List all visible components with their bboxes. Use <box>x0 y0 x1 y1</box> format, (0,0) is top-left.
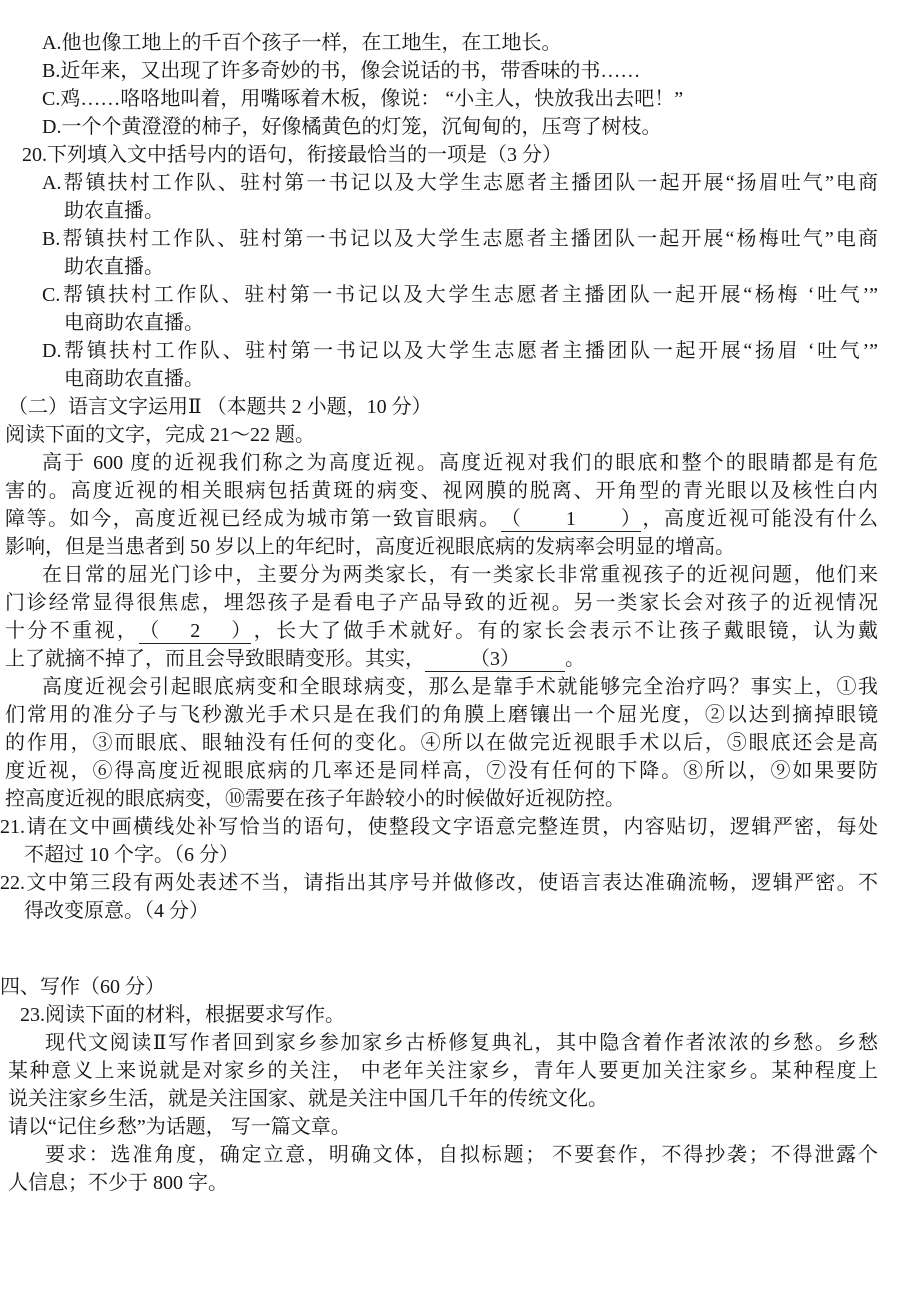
text-segment: 得改变原意。（4 分） <box>24 900 209 922</box>
text-segment: 21.请在文中画横线处补写恰当的语句，使整段文字语意完整连贯，内容贴切，逻辑严密… <box>0 816 878 838</box>
text-segment: 阅读下面的文字，完成 21～22 题。 <box>5 424 315 446</box>
option-20-a-cont: 助农直播。 <box>64 197 878 225</box>
page: { "page": { "background": "#ffffff", "te… <box>0 0 900 1298</box>
blank-gap <box>0 925 878 973</box>
text-segment: 度近视，⑥得高度近视眼底病的几率还是同样高，⑦没有任何的下降。⑧所以，⑨如果要防 <box>5 760 878 782</box>
text-segment: 高于 600 度的近视我们称之为高度近视。高度近视对我们的眼底和整个的眼睛都是有… <box>42 452 878 474</box>
option-20-c: C.帮镇扶村工作队、驻村第一书记以及大学生志愿者主播团队一起开展“杨梅 ‘吐气’… <box>42 281 878 309</box>
document-body: A.他也像工地上的千百个孩子一样，在工地生，在工地长。B.近年来，又出现了许多奇… <box>0 29 878 1197</box>
text-segment: 电商助农直播。 <box>64 312 204 334</box>
text-segment: C.帮镇扶村工作队、驻村第一书记以及大学生志愿者主播团队一起开展“杨梅 ‘吐气’… <box>42 284 878 306</box>
text-segment: 20.下列填入文中括号内的语句，衔接最恰当的一项是（3 分） <box>22 144 562 166</box>
text-segment: 不超过 10 个字。（6 分） <box>24 844 239 866</box>
option-19-c: C.鸡……咯咯地叫着，用嘴啄着木板，像说： “小主人，快放我出去吧！” <box>42 85 878 113</box>
option-19-b: B.近年来，又出现了许多奇妙的书，像会说话的书，带香味的书…… <box>42 57 878 85</box>
passage-line: 障等。如今，高度近视已经成为城市第一致盲眼病。（1），高度近视可能没有什么 <box>5 505 878 533</box>
text-segment: C.鸡……咯咯地叫着，用嘴啄着木板，像说： “小主人，快放我出去吧！” <box>42 88 683 110</box>
option-19-a: A.他也像工地上的千百个孩子一样，在工地生，在工地长。 <box>42 29 878 57</box>
question-21-cont: 不超过 10 个字。（6 分） <box>24 841 878 869</box>
text-segment: 害的。高度近视的相关眼病包括黄斑的病变、视网膜的脱离、开角型的青光眼以及核性白内 <box>5 480 878 502</box>
text-segment: A.帮镇扶村工作队、驻村第一书记以及大学生志愿者主播团队一起开展“扬眉吐气”电商 <box>42 172 878 194</box>
passage-line: 上了就摘不掉了，而且会导致眼睛变形。其实，（3）。 <box>5 645 878 673</box>
passage-line: 控高度近视的眼底病变，⑩需要在孩子年龄较小的时候做好近视防控。 <box>5 785 878 813</box>
text-segment: 助农直播。 <box>64 256 164 278</box>
text-segment: 助农直播。 <box>64 200 164 222</box>
text-segment: 高度近视会引起眼底病变和全眼球病变，那么是靠手术就能够完全治疗吗？事实上，①我 <box>42 676 878 698</box>
blank-underline: （1） <box>501 507 641 532</box>
text-segment: 障等。如今，高度近视已经成为城市第一致盲眼病。 <box>5 508 501 530</box>
passage-line: 度近视，⑥得高度近视眼底病的几率还是同样高，⑦没有任何的下降。⑧所以，⑨如果要防 <box>5 757 878 785</box>
blank-underline: （2） <box>139 619 251 644</box>
question-22: 22.文中第三段有两处表述不当，请指出其序号并做修改，使语言表达准确流畅，逻辑严… <box>0 869 878 897</box>
text-segment: 在日常的屈光门诊中，主要分为两类家长，有一类家长非常重视孩子的近视问题，他们来 <box>42 564 878 586</box>
text-segment: 十分不重视， <box>5 620 139 642</box>
section-heading-language-use-2: （二）语言文字运用Ⅱ （本题共 2 小题，10 分） <box>8 393 878 421</box>
text-segment: ，长大了做手术就好。有的家长会表示不让孩子戴眼镜，认为戴 <box>251 620 878 642</box>
text-segment: 们常用的准分子与飞秒激光手术只是在我们的角膜上磨镶出一个屈光度，②以达到摘掉眼镜 <box>5 704 878 726</box>
text-segment: 控高度近视的眼底病变，⑩需要在孩子年龄较小的时候做好近视防控。 <box>5 788 625 810</box>
text-segment: 影响，但是当患者到 50 岁以上的年纪时，高度近视眼底病的发病率会明显的增高。 <box>5 536 735 558</box>
option-20-d: D.帮镇扶村工作队、驻村第一书记以及大学生志愿者主播团队一起开展“扬眉 ‘吐气’… <box>42 337 878 365</box>
passage-line: 害的。高度近视的相关眼病包括黄斑的病变、视网膜的脱离、开角型的青光眼以及核性白内 <box>5 477 878 505</box>
text-segment: 的作用，③而眼底、眼轴没有任何的变化。④所以在做完近视眼手术以后，⑤眼底还会是高 <box>5 732 878 754</box>
option-20-c-cont: 电商助农直播。 <box>64 309 878 337</box>
text-segment: 某种意义上来说就是对家乡的关注， 中老年关注家乡，青年人要更加关注家乡。某种程度… <box>8 1060 878 1082</box>
question-20: 20.下列填入文中括号内的语句，衔接最恰当的一项是（3 分） <box>22 141 878 169</box>
option-20-b-cont: 助农直播。 <box>64 253 878 281</box>
blank-underline: （3） <box>425 647 565 672</box>
text-segment: 22.文中第三段有两处表述不当，请指出其序号并做修改，使语言表达准确流畅，逻辑严… <box>0 872 878 894</box>
option-20-a: A.帮镇扶村工作队、驻村第一书记以及大学生志愿者主播团队一起开展“扬眉吐气”电商 <box>42 169 878 197</box>
document-page: A.他也像工地上的千百个孩子一样，在工地生，在工地长。B.近年来，又出现了许多奇… <box>0 0 878 1197</box>
topic-line: 请以“记住乡愁”为话题， 写一篇文章。 <box>8 1113 878 1141</box>
material-line: 说关注家乡生活，就是关注国家、就是关注中国几千年的传统文化。 <box>8 1085 878 1113</box>
option-20-b: B.帮镇扶村工作队、驻村第一书记以及大学生志愿者主播团队一起开展“杨梅吐气”电商 <box>42 225 878 253</box>
material-line: 现代文阅读Ⅱ写作者回到家乡参加家乡古桥修复典礼，其中隐含着作者浓浓的乡愁。乡愁 <box>45 1029 878 1057</box>
passage-line: 们常用的准分子与飞秒激光手术只是在我们的角膜上磨镶出一个屈光度，②以达到摘掉眼镜 <box>5 701 878 729</box>
text-segment: 请以“记住乡愁”为话题， 写一篇文章。 <box>8 1116 351 1138</box>
passage-line: 在日常的屈光门诊中，主要分为两类家长，有一类家长非常重视孩子的近视问题，他们来 <box>42 561 878 589</box>
material-line: 某种意义上来说就是对家乡的关注， 中老年关注家乡，青年人要更加关注家乡。某种程度… <box>8 1057 878 1085</box>
question-23: 23.阅读下面的材料，根据要求写作。 <box>20 1001 878 1029</box>
question-22-cont: 得改变原意。（4 分） <box>24 897 878 925</box>
text-segment: 23.阅读下面的材料，根据要求写作。 <box>20 1004 345 1026</box>
text-segment: ，高度近视可能没有什么 <box>641 508 878 530</box>
text-segment: 门诊经常显得很焦虑，埋怨孩子是看电子产品导致的近视。另一类家长会对孩子的近视情况 <box>5 592 878 614</box>
text-segment: D.一个个黄澄澄的柿子，好像橘黄色的灯笼，沉甸甸的，压弯了树枝。 <box>42 116 661 138</box>
text-segment: 人信息；不少于 800 字。 <box>8 1172 228 1194</box>
text-segment: （二）语言文字运用Ⅱ （本题共 2 小题，10 分） <box>8 396 432 418</box>
passage-line: 高于 600 度的近视我们称之为高度近视。高度近视对我们的眼底和整个的眼睛都是有… <box>42 449 878 477</box>
text-segment: 要求：选准角度，确定立意，明确文体，自拟标题； 不要套作，不得抄袭；不得泄露个 <box>45 1144 878 1166</box>
text-segment: B.帮镇扶村工作队、驻村第一书记以及大学生志愿者主播团队一起开展“杨梅吐气”电商 <box>42 228 878 250</box>
reading-instruction: 阅读下面的文字，完成 21～22 题。 <box>5 421 878 449</box>
text-segment: 四、写作（60 分） <box>0 976 165 998</box>
section-heading-writing: 四、写作（60 分） <box>0 973 878 1001</box>
question-21: 21.请在文中画横线处补写恰当的语句，使整段文字语意完整连贯，内容贴切，逻辑严密… <box>0 813 878 841</box>
text-segment: A.他也像工地上的千百个孩子一样，在工地生，在工地长。 <box>42 32 561 54</box>
passage-line: 高度近视会引起眼底病变和全眼球病变，那么是靠手术就能够完全治疗吗？事实上，①我 <box>42 673 878 701</box>
text-segment: D.帮镇扶村工作队、驻村第一书记以及大学生志愿者主播团队一起开展“扬眉 ‘吐气’… <box>42 340 878 362</box>
passage-line: 门诊经常显得很焦虑，埋怨孩子是看电子产品导致的近视。另一类家长会对孩子的近视情况 <box>5 589 878 617</box>
requirements-cont: 人信息；不少于 800 字。 <box>8 1169 878 1197</box>
text-segment: 现代文阅读Ⅱ写作者回到家乡参加家乡古桥修复典礼，其中隐含着作者浓浓的乡愁。乡愁 <box>45 1032 878 1054</box>
text-segment: B.近年来，又出现了许多奇妙的书，像会说话的书，带香味的书…… <box>42 60 640 82</box>
option-20-d-cont: 电商助农直播。 <box>64 365 878 393</box>
passage-line: 影响，但是当患者到 50 岁以上的年纪时，高度近视眼底病的发病率会明显的增高。 <box>5 533 878 561</box>
option-19-d: D.一个个黄澄澄的柿子，好像橘黄色的灯笼，沉甸甸的，压弯了树枝。 <box>42 113 878 141</box>
text-segment: 说关注家乡生活，就是关注国家、就是关注中国几千年的传统文化。 <box>8 1088 608 1110</box>
passage-line: 十分不重视，（2），长大了做手术就好。有的家长会表示不让孩子戴眼镜，认为戴 <box>5 617 878 645</box>
text-segment: 上了就摘不掉了，而且会导致眼睛变形。其实， <box>5 648 425 670</box>
text-segment: 电商助农直播。 <box>64 368 204 390</box>
text-segment: 。 <box>565 648 585 670</box>
requirements-line: 要求：选准角度，确定立意，明确文体，自拟标题； 不要套作，不得抄袭；不得泄露个 <box>45 1141 878 1169</box>
passage-line: 的作用，③而眼底、眼轴没有任何的变化。④所以在做完近视眼手术以后，⑤眼底还会是高 <box>5 729 878 757</box>
